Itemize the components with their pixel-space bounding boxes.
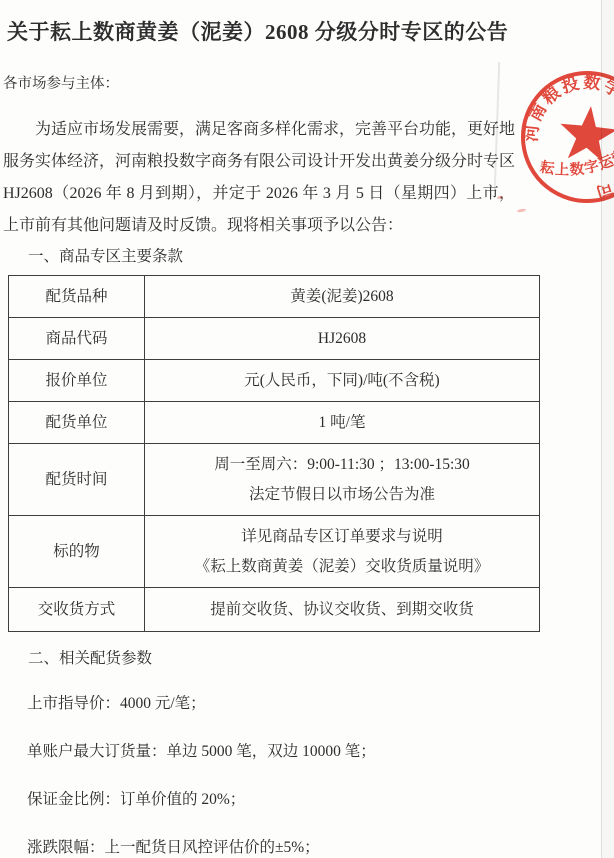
row-value: 提前交收货、协议交收货、到期交收货 <box>145 588 540 632</box>
terms-table: 配货品种 黄姜(泥姜)2608 商品代码 HJ2608 报价单位 元(人民币，下… <box>8 275 540 632</box>
table-row: 商品代码 HJ2608 <box>9 318 540 360</box>
row-label: 交收货方式 <box>9 588 145 632</box>
table-row: 配货品种 黄姜(泥姜)2608 <box>9 276 540 318</box>
section-2-heading: 二、相关配货参数 <box>28 648 614 669</box>
row-value: 详见商品专区订单要求与说明 《耘上数商黄姜（泥姜）交收货质量说明》 <box>145 516 540 588</box>
row-value: 黄姜(泥姜)2608 <box>145 276 540 318</box>
row-value: 周一至周六：9:00-11:30 ；13:00-15:30 法定节假日以市场公告… <box>145 444 540 516</box>
row-value: HJ2608 <box>145 318 540 360</box>
param-line-price-limit: 涨跌限幅：上一配货日风控评估价的±5%； <box>27 837 614 858</box>
table-row: 交收货方式 提前交收货、协议交收货、到期交收货 <box>9 588 540 632</box>
announcement-title: 关于耘上数商黄姜（泥姜）2608 分级分时专区的公告 <box>7 18 602 47</box>
row-label: 配货单位 <box>9 402 145 444</box>
param-line-guide-price: 上市指导价：4000 元/笔； <box>27 693 614 714</box>
row-value: 元(人民币，下同)/吨(不含税) <box>145 360 540 402</box>
row-label: 标的物 <box>9 516 145 588</box>
table-row: 报价单位 元(人民币，下同)/吨(不含税) <box>9 360 540 402</box>
row-label: 报价单位 <box>9 360 145 402</box>
section-1-heading: 一、商品专区主要条款 <box>28 246 614 267</box>
table-row: 标的物 详见商品专区订单要求与说明 《耘上数商黄姜（泥姜）交收货质量说明》 <box>9 516 540 588</box>
row-label: 商品代码 <box>9 318 145 360</box>
document-page: 关于耘上数商黄姜（泥姜）2608 分级分时专区的公告 各市场参与主体： 为适应市… <box>0 0 614 858</box>
param-line-max-order: 单账户最大订货量：单边 5000 笔，双边 10000 笔； <box>27 741 614 762</box>
param-line-margin-ratio: 保证金比例：订单价值的 20%； <box>27 789 614 810</box>
row-value: 1 吨/笔 <box>145 402 540 444</box>
intro-paragraph: 为适应市场发展需要，满足客商多样化需求，完善平台功能，更好地服务实体经济，河南粮… <box>3 114 515 242</box>
row-label: 配货品种 <box>9 276 145 318</box>
table-row: 配货单位 1 吨/笔 <box>9 402 540 444</box>
table-row: 配货时间 周一至周六：9:00-11:30 ；13:00-15:30 法定节假日… <box>9 444 540 516</box>
row-label: 配货时间 <box>9 444 145 516</box>
official-seal: 河南粮投数字商务有限公司 耘上数字运营专用 <box>512 62 614 212</box>
